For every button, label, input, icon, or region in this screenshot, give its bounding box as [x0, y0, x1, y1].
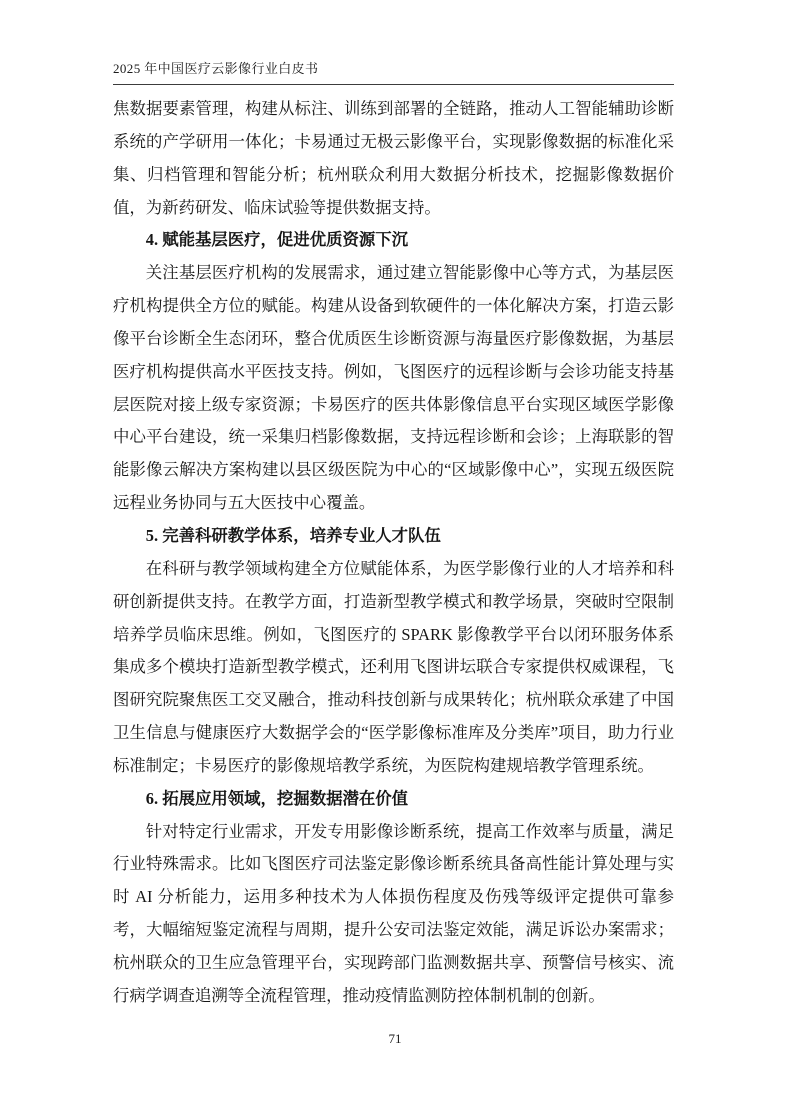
heading-section-5: 5. 完善科研教学体系，培养专业人才队伍 — [113, 520, 674, 553]
paragraph-section-5: 在科研与教学领域构建全方位赋能体系，为医学影像行业的人才培养和科研创新提供支持。… — [113, 553, 674, 783]
document-page: 2025 年中国医疗云影像行业白皮书 焦数据要素管理，构建从标注、训练到部署的全… — [0, 0, 790, 1117]
heading-section-6: 6. 拓展应用领域，挖掘数据潜在价值 — [113, 783, 674, 816]
paragraph-continuation: 焦数据要素管理，构建从标注、训练到部署的全链路，推动人工智能辅助诊断系统的产学研… — [113, 93, 674, 224]
page-header-title: 2025 年中国医疗云影像行业白皮书 — [113, 58, 318, 77]
page-number: 71 — [389, 1031, 402, 1046]
paragraph-section-4: 关注基层医疗机构的发展需求，通过建立智能影像中心等方式，为基层医疗机构提供全方位… — [113, 257, 674, 520]
heading-section-4: 4. 赋能基层医疗，促进优质资源下沉 — [113, 224, 674, 257]
header-rule — [113, 84, 674, 85]
document-body: 焦数据要素管理，构建从标注、训练到部署的全链路，推动人工智能辅助诊断系统的产学研… — [113, 93, 674, 1013]
page-footer: 71 — [0, 1031, 790, 1047]
paragraph-section-6: 针对特定行业需求，开发专用影像诊断系统，提高工作效率与质量，满足行业特殊需求。比… — [113, 816, 674, 1013]
